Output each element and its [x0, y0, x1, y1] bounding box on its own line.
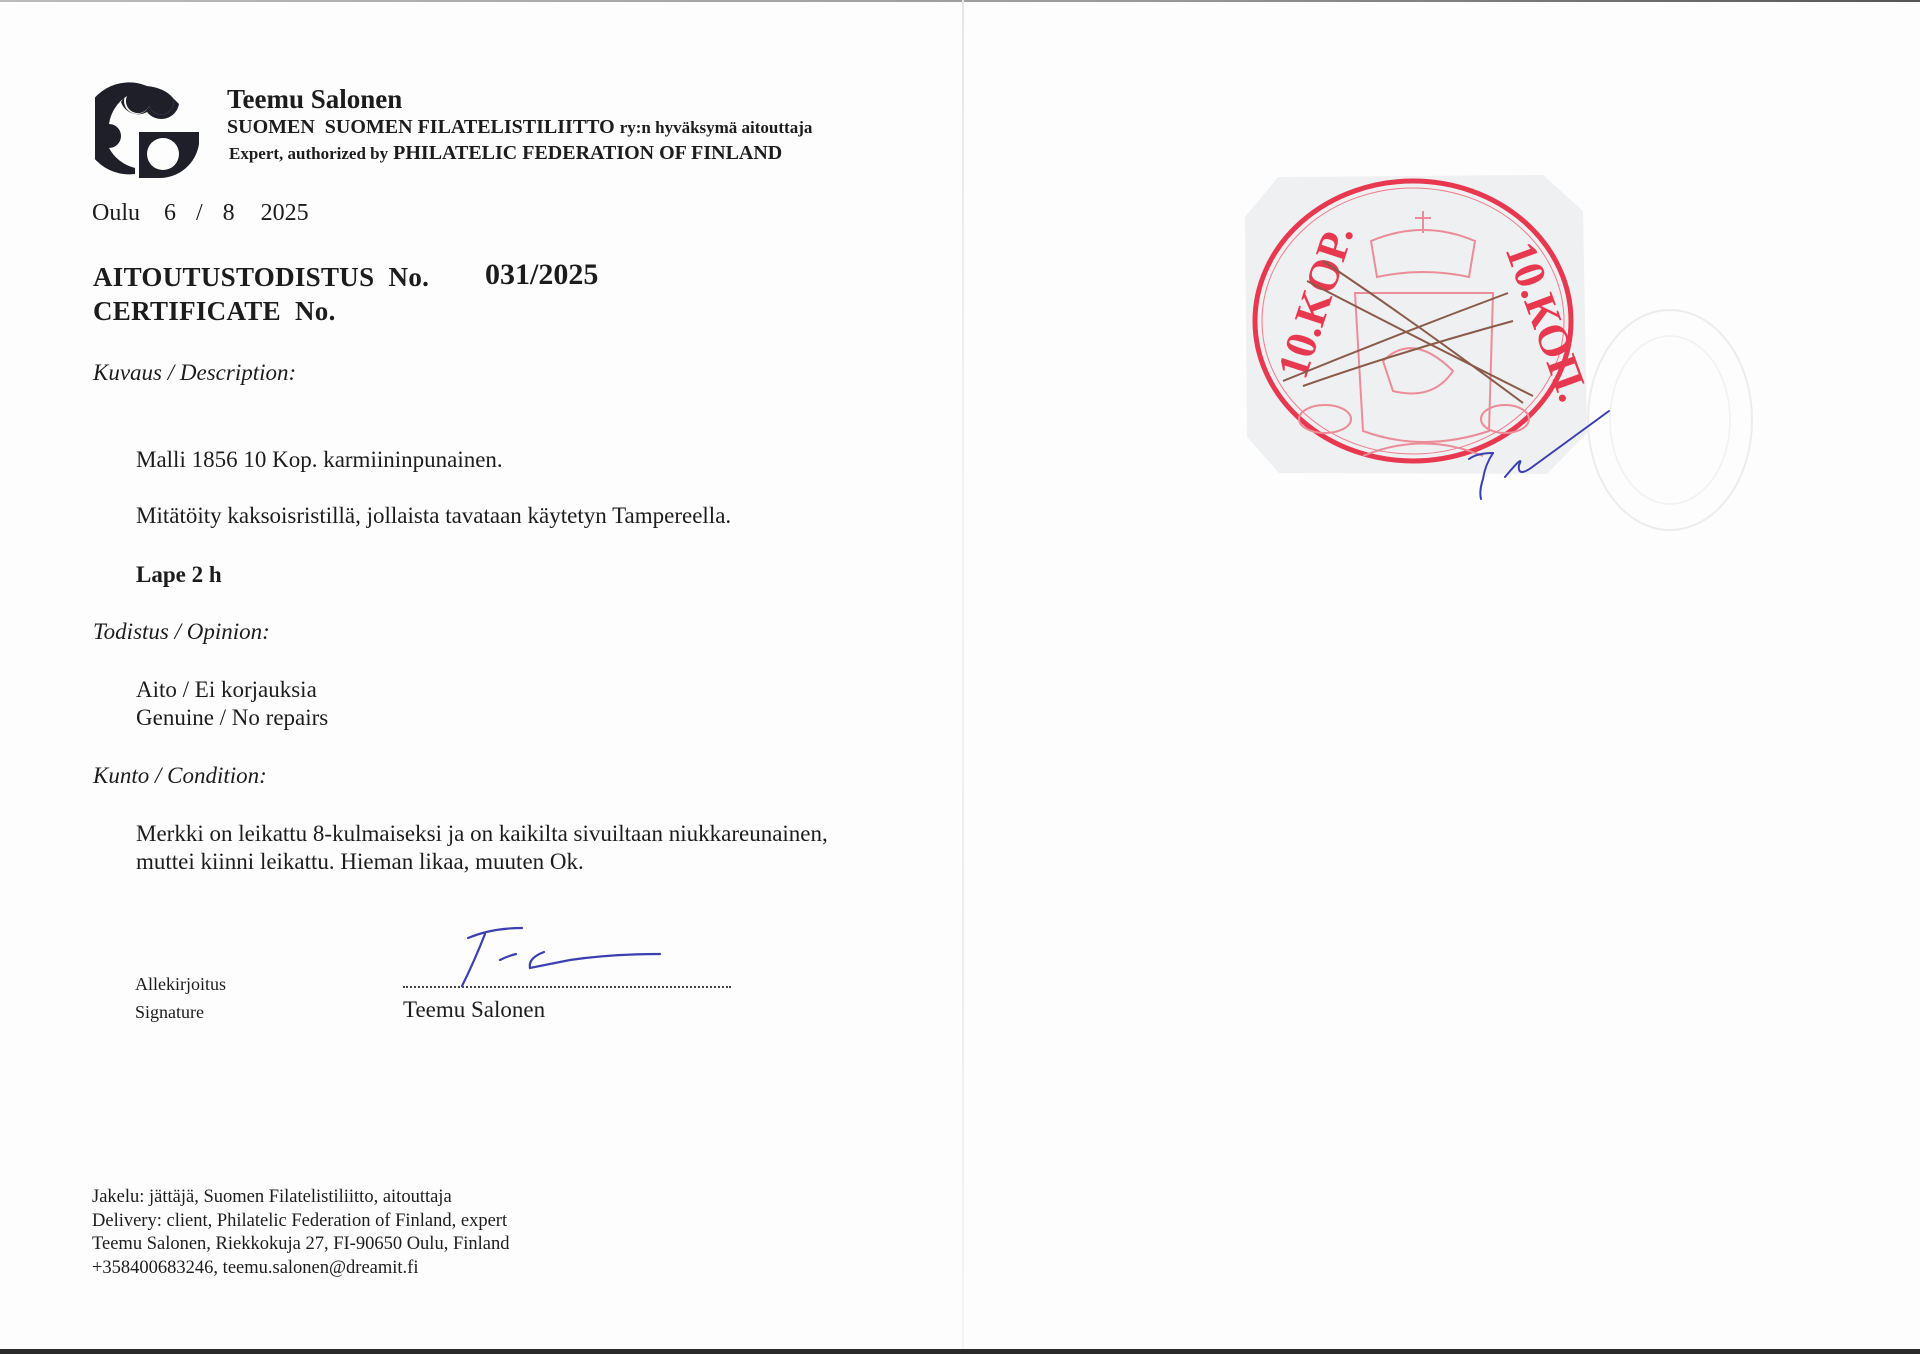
federation-line-en: Expert, authorized by PHILATELIC FEDERAT… [229, 142, 782, 165]
date-place: Oulu [92, 200, 140, 227]
date-day: 6 [164, 200, 176, 227]
footer-line: Teemu Salonen, Riekkokuja 27, FI-90650 O… [92, 1233, 509, 1257]
signer-name: Teemu Salonen [403, 997, 545, 1023]
stamp-signature-mark-icon [1455, 395, 1615, 500]
handwritten-signature-icon [440, 920, 680, 990]
page-fold [962, 0, 964, 1349]
page-top-edge [0, 0, 1920, 2]
footer-distribution: Jakelu: jättäjä, Suomen Filatelistiliitt… [92, 1186, 509, 1280]
condition-line: muttei kiinni leikattu. Hieman likaa, mu… [136, 849, 584, 875]
certificate-label-en: CERTIFICATE No. [93, 296, 336, 327]
date-separator: / [196, 200, 203, 227]
description-line: Lape 2 h [136, 562, 222, 588]
certificate-number: 031/2025 [485, 258, 598, 292]
signature-label-fi: Allekirjoitus [135, 974, 226, 995]
condition-heading: Kunto / Condition: [93, 763, 267, 789]
footer-line: Jakelu: jättäjä, Suomen Filatelistiliitt… [92, 1186, 509, 1210]
opinion-line: Genuine / No repairs [136, 705, 328, 731]
expert-name: Teemu Salonen [227, 84, 402, 115]
description-heading: Kuvaus / Description: [93, 360, 296, 386]
description-line: Malli 1856 10 Kop. karmiininpunainen. [136, 447, 503, 473]
date-month: 8 [223, 200, 235, 227]
condition-line: Merkki on leikattu 8-kulmaiseksi ja on k… [136, 821, 828, 847]
description-line: Mitätöity kaksoisristillä, jollaista tav… [136, 503, 731, 529]
federation-name-fi: SUOMEN SUOMEN FILATELISTILIITTO [227, 116, 615, 138]
footer-line: Delivery: client, Philatelic Federation … [92, 1210, 509, 1234]
approval-text-fi: ry:n hyväksymä aitouttaja [620, 118, 813, 137]
approval-text-en: Expert, authorized by [229, 144, 388, 163]
date-year: 2025 [261, 200, 309, 227]
signature-label-en: Signature [135, 1002, 204, 1023]
footer-line: +358400683246, teemu.salonen@dreamit.fi [92, 1257, 509, 1281]
federation-line-fi: SUOMEN SUOMEN FILATELISTILIITTO ry:n hyv… [227, 116, 812, 139]
opinion-heading: Todistus / Opinion: [93, 619, 270, 645]
certificate-label-fi: AITOUTUSTODISTUS No. [93, 262, 429, 293]
federation-name-en: PHILATELIC FEDERATION OF FINLAND [393, 142, 782, 164]
issue-date: Oulu6/82025 [92, 200, 309, 227]
philatelic-federation-logo-icon [95, 82, 201, 178]
page-bottom-edge [0, 1349, 1920, 1354]
opinion-line: Aito / Ei korjauksia [136, 677, 317, 703]
